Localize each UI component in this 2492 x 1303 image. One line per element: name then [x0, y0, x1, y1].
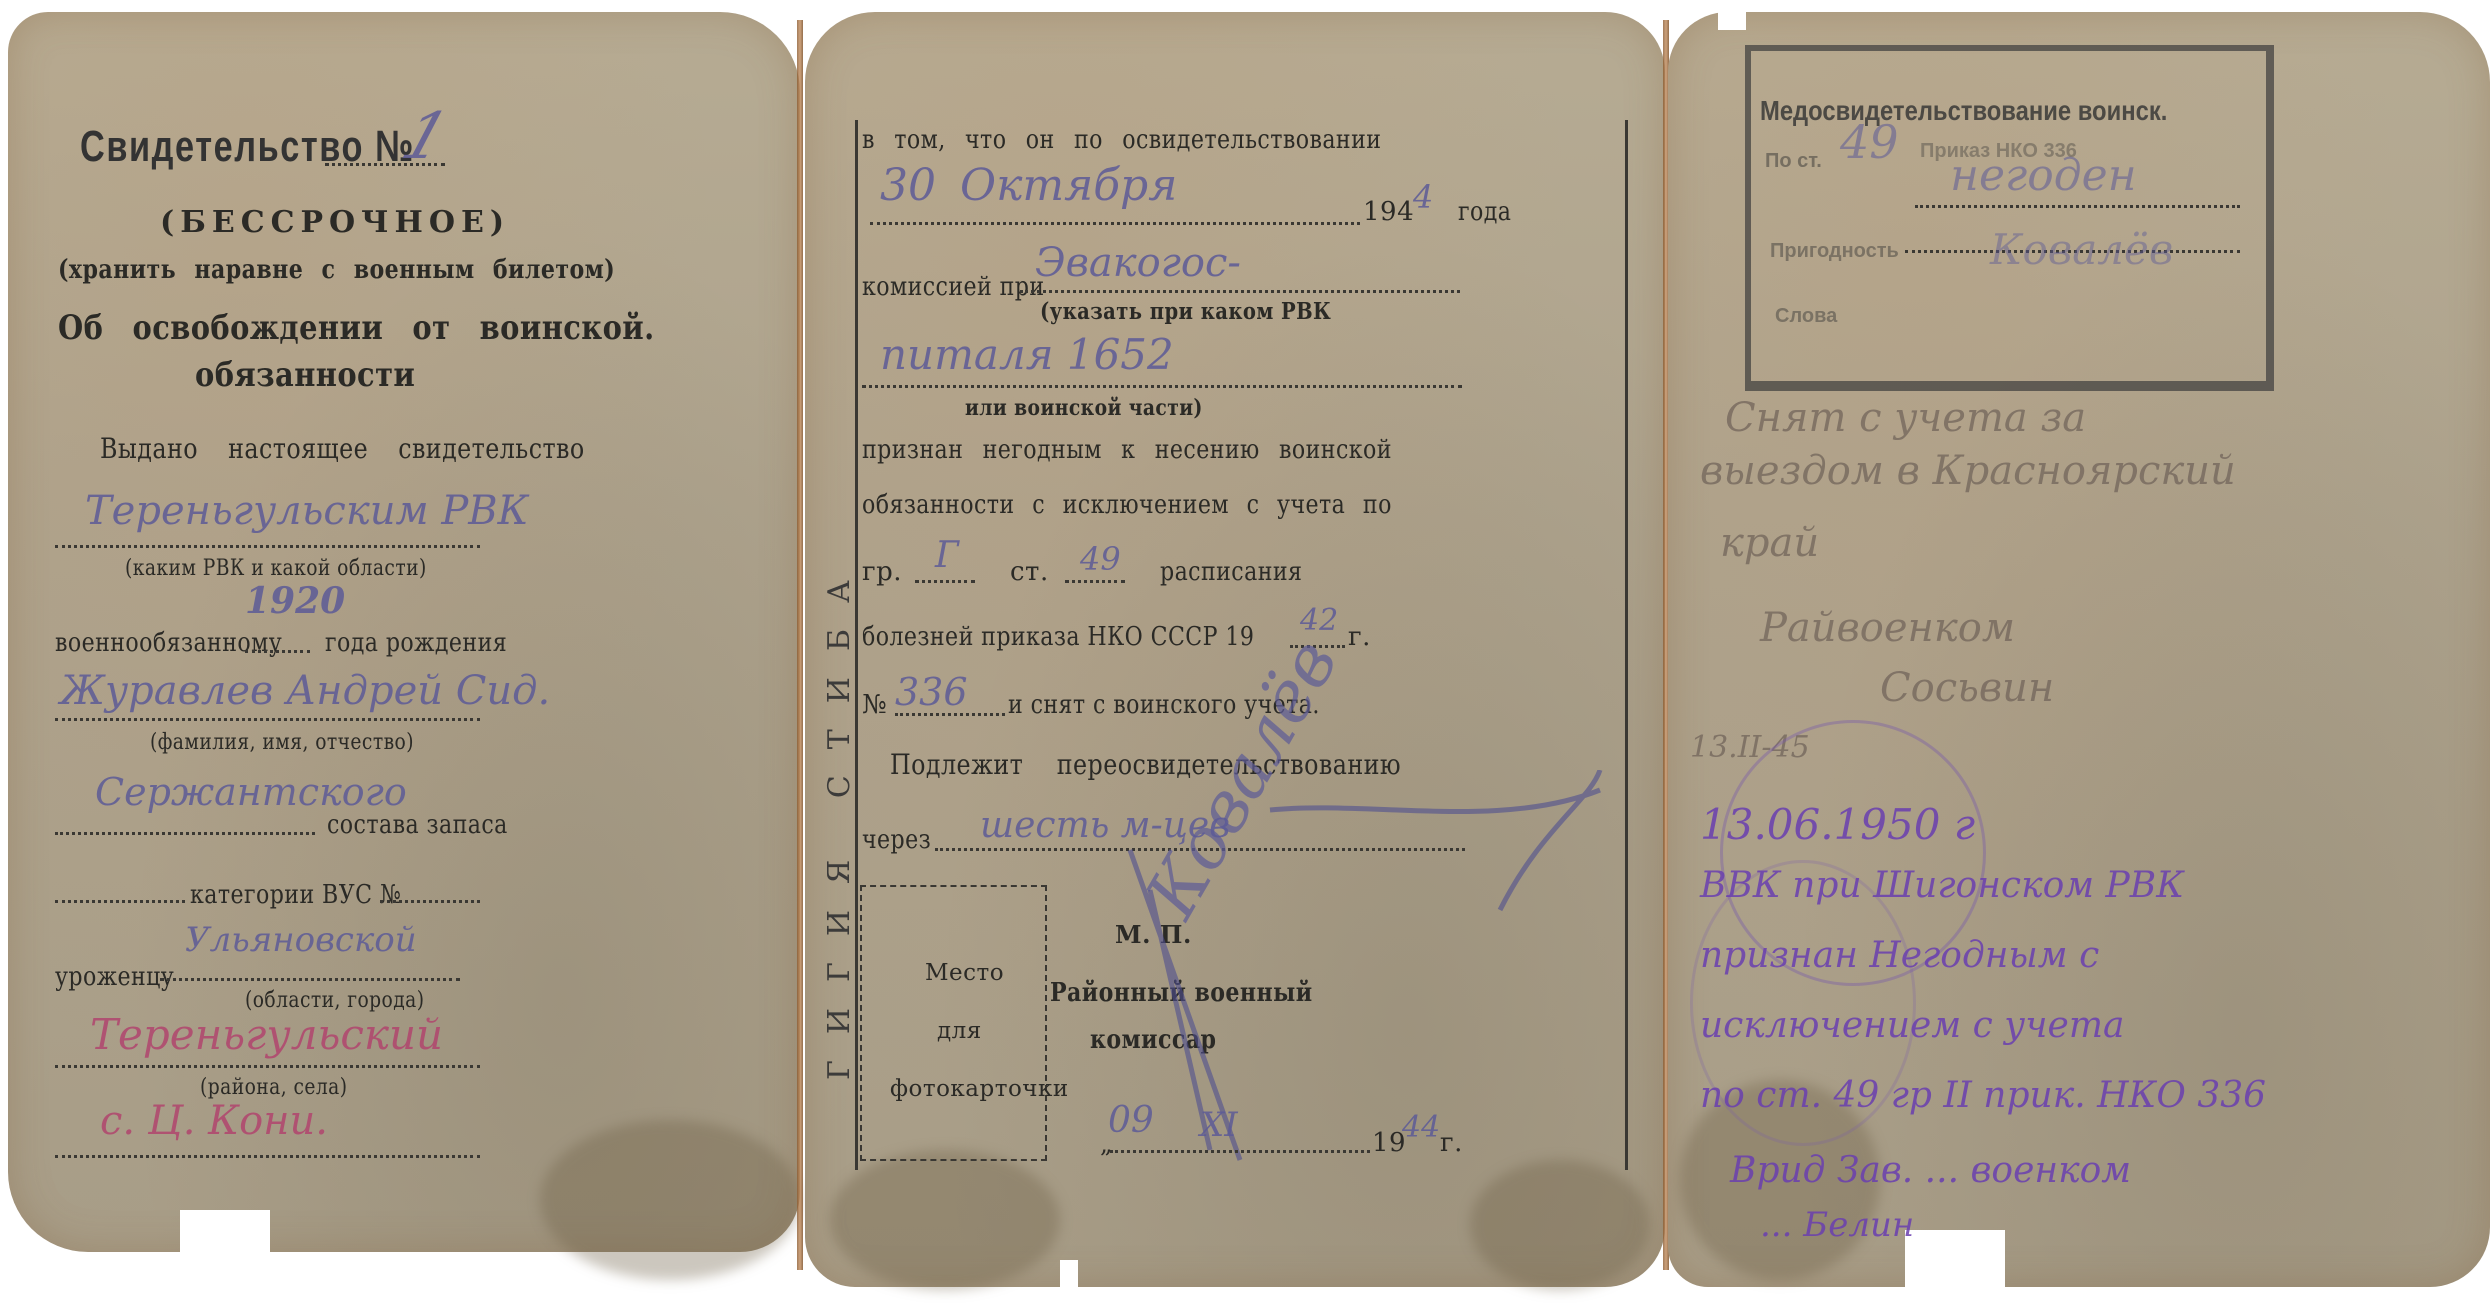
- stamp-field2-value: негоден: [1950, 150, 2137, 201]
- note-line-5: Сосьвин: [1880, 665, 2054, 711]
- issued-text: Выдано настоящее свидетельство: [100, 432, 585, 465]
- year-label: года: [1458, 197, 1511, 227]
- order-line: болезней приказа НКО СССР 19: [862, 622, 1254, 652]
- native-label: уроженцу: [55, 962, 174, 992]
- note-line-4: Райвоенком: [1760, 605, 2015, 651]
- sign-year-handwritten: 44: [1402, 1110, 1440, 1145]
- sign-year-suffix: г.: [1440, 1128, 1463, 1158]
- category-label: категории ВУС №: [190, 880, 401, 910]
- photo-label-3: фотокарточки: [890, 1076, 1069, 1102]
- dotted-line: [55, 718, 480, 721]
- stamp-header: Медосвидетельствование воинск.: [1760, 95, 2167, 127]
- torn-edge: [180, 1210, 270, 1300]
- exam-year-handwritten: 4: [1413, 178, 1433, 216]
- commission-label: комиссией при: [862, 272, 1044, 302]
- torn-edge: [1060, 1260, 1078, 1303]
- heading-exemption: Об освобождении от воинской.: [58, 308, 655, 348]
- commission-caption: (указать при каком РВК: [1040, 298, 1331, 325]
- reserve-label: состава запаса: [327, 810, 508, 840]
- commission-line-1: ВВК при Шигонском РВК: [1700, 865, 2184, 906]
- gr-value: Г: [935, 535, 959, 576]
- commission-caption-2: или воинской части): [965, 395, 1203, 421]
- torn-edge: [1905, 1230, 2005, 1303]
- note-line-1: Снят с учета за: [1725, 395, 2086, 441]
- dotted-line: [55, 545, 480, 548]
- dotted-line: [245, 650, 310, 653]
- stamp-field1-label: По ст.: [1765, 150, 1822, 173]
- exam-month-handwritten: Октября: [960, 160, 1177, 211]
- dotted-line: [1065, 580, 1125, 583]
- statement-line: в том, что он по освидетельствовании: [862, 125, 1381, 155]
- dotted-line: [915, 580, 975, 583]
- number-label: №: [862, 690, 887, 720]
- stamp-line: [1915, 205, 2240, 208]
- commission-handwritten-2: питаля 1652: [880, 330, 1174, 379]
- schedule-label: расписания: [1160, 557, 1302, 587]
- dotted-line: [862, 385, 1462, 388]
- issued-by-handwritten: Тереньгульским РВК: [85, 488, 529, 534]
- dotted-line: [380, 900, 480, 903]
- commission-date: 13.06.1950 г: [1700, 800, 1975, 849]
- dotted-line: [1020, 290, 1460, 293]
- commission-handwritten: Эвакогос-: [1035, 240, 1241, 286]
- dotted-line: [160, 978, 460, 981]
- dotted-line: [55, 900, 185, 903]
- liable-label: военнообязанному: [55, 628, 282, 658]
- verdict-line-1: признан негодным к несению воинской: [862, 435, 1392, 465]
- stamp-field3-label: Пригодность: [1770, 240, 1899, 263]
- st-value: 49: [1080, 540, 1121, 578]
- region-handwritten: Ульяновской: [185, 920, 417, 960]
- commission-line-6: ... Белин: [1760, 1205, 1914, 1245]
- fold-line: [797, 20, 803, 1270]
- keep-note: (хранить наравне с военным билетом): [58, 255, 615, 285]
- order-year-handwritten: 42: [1300, 603, 1338, 638]
- through-label: через: [862, 825, 931, 855]
- exam-day-handwritten: 30: [880, 160, 936, 211]
- name-caption: (фамилия, имя, отчество): [150, 730, 414, 755]
- order-number-handwritten: 336: [895, 670, 968, 714]
- name-handwritten: Журавлев Андрей Сид.: [60, 668, 550, 714]
- st-label: ст.: [1010, 557, 1049, 587]
- dotted-line: [55, 1065, 480, 1068]
- birth-year-label: года рождения: [325, 628, 507, 658]
- subtitle-indefinite: (БЕССРОЧНОЕ): [160, 205, 510, 240]
- commission-line-3: исключением с учета: [1700, 1005, 2124, 1046]
- year-prefix: 194: [1363, 197, 1414, 227]
- commission-line-5: Врид Зав. ... военком: [1730, 1150, 2131, 1191]
- note-line-3: край: [1720, 520, 1819, 566]
- photo-label-2: для: [937, 1018, 982, 1044]
- order-year-suffix: г.: [1348, 622, 1371, 652]
- commission-line-2: признан Негодным с: [1700, 935, 2099, 976]
- sign-month-handwritten: XI: [1200, 1105, 1238, 1145]
- stamp-field3-value: Ковалёв: [1990, 225, 2173, 274]
- commission-line-4: по ст. 49 гр II прик. НКО 336: [1700, 1075, 2266, 1116]
- photo-label-1: Место: [925, 960, 1004, 986]
- village-handwritten: с. Ц. Кони.: [100, 1098, 328, 1144]
- sign-day-handwritten: 09: [1108, 1100, 1154, 1141]
- stamp-field1-value: 49: [1840, 115, 1899, 169]
- district-caption: (района, села): [200, 1075, 347, 1100]
- border-line: [855, 120, 858, 1170]
- gr-label: гр.: [862, 557, 902, 587]
- issued-by-caption: (каким РВК и какой области): [125, 556, 427, 581]
- heading-obligation: обязанности: [195, 355, 415, 395]
- water-stain: [830, 1150, 1060, 1290]
- birth-year-handwritten: 1920: [245, 580, 345, 622]
- district-handwritten: Тереньгульский: [90, 1010, 443, 1059]
- note-line-2: выездом в Красноярский: [1700, 448, 2236, 494]
- verdict-line-2: обязанности с исключением с учета по: [862, 490, 1392, 520]
- sign-year-prefix: 19: [1372, 1128, 1406, 1158]
- water-stain: [540, 1120, 800, 1280]
- torn-edge: [1718, 0, 1746, 30]
- dotted-line: [55, 832, 315, 835]
- dotted-line: [55, 1155, 480, 1158]
- rank-handwritten: Сержантского: [95, 770, 407, 814]
- dotted-line: [870, 222, 1360, 225]
- stamp-field4-label: Слова: [1775, 305, 1837, 328]
- side-print-text: ГИГИЯ СТИБА: [822, 554, 857, 1080]
- dotted-line: [1110, 1150, 1370, 1153]
